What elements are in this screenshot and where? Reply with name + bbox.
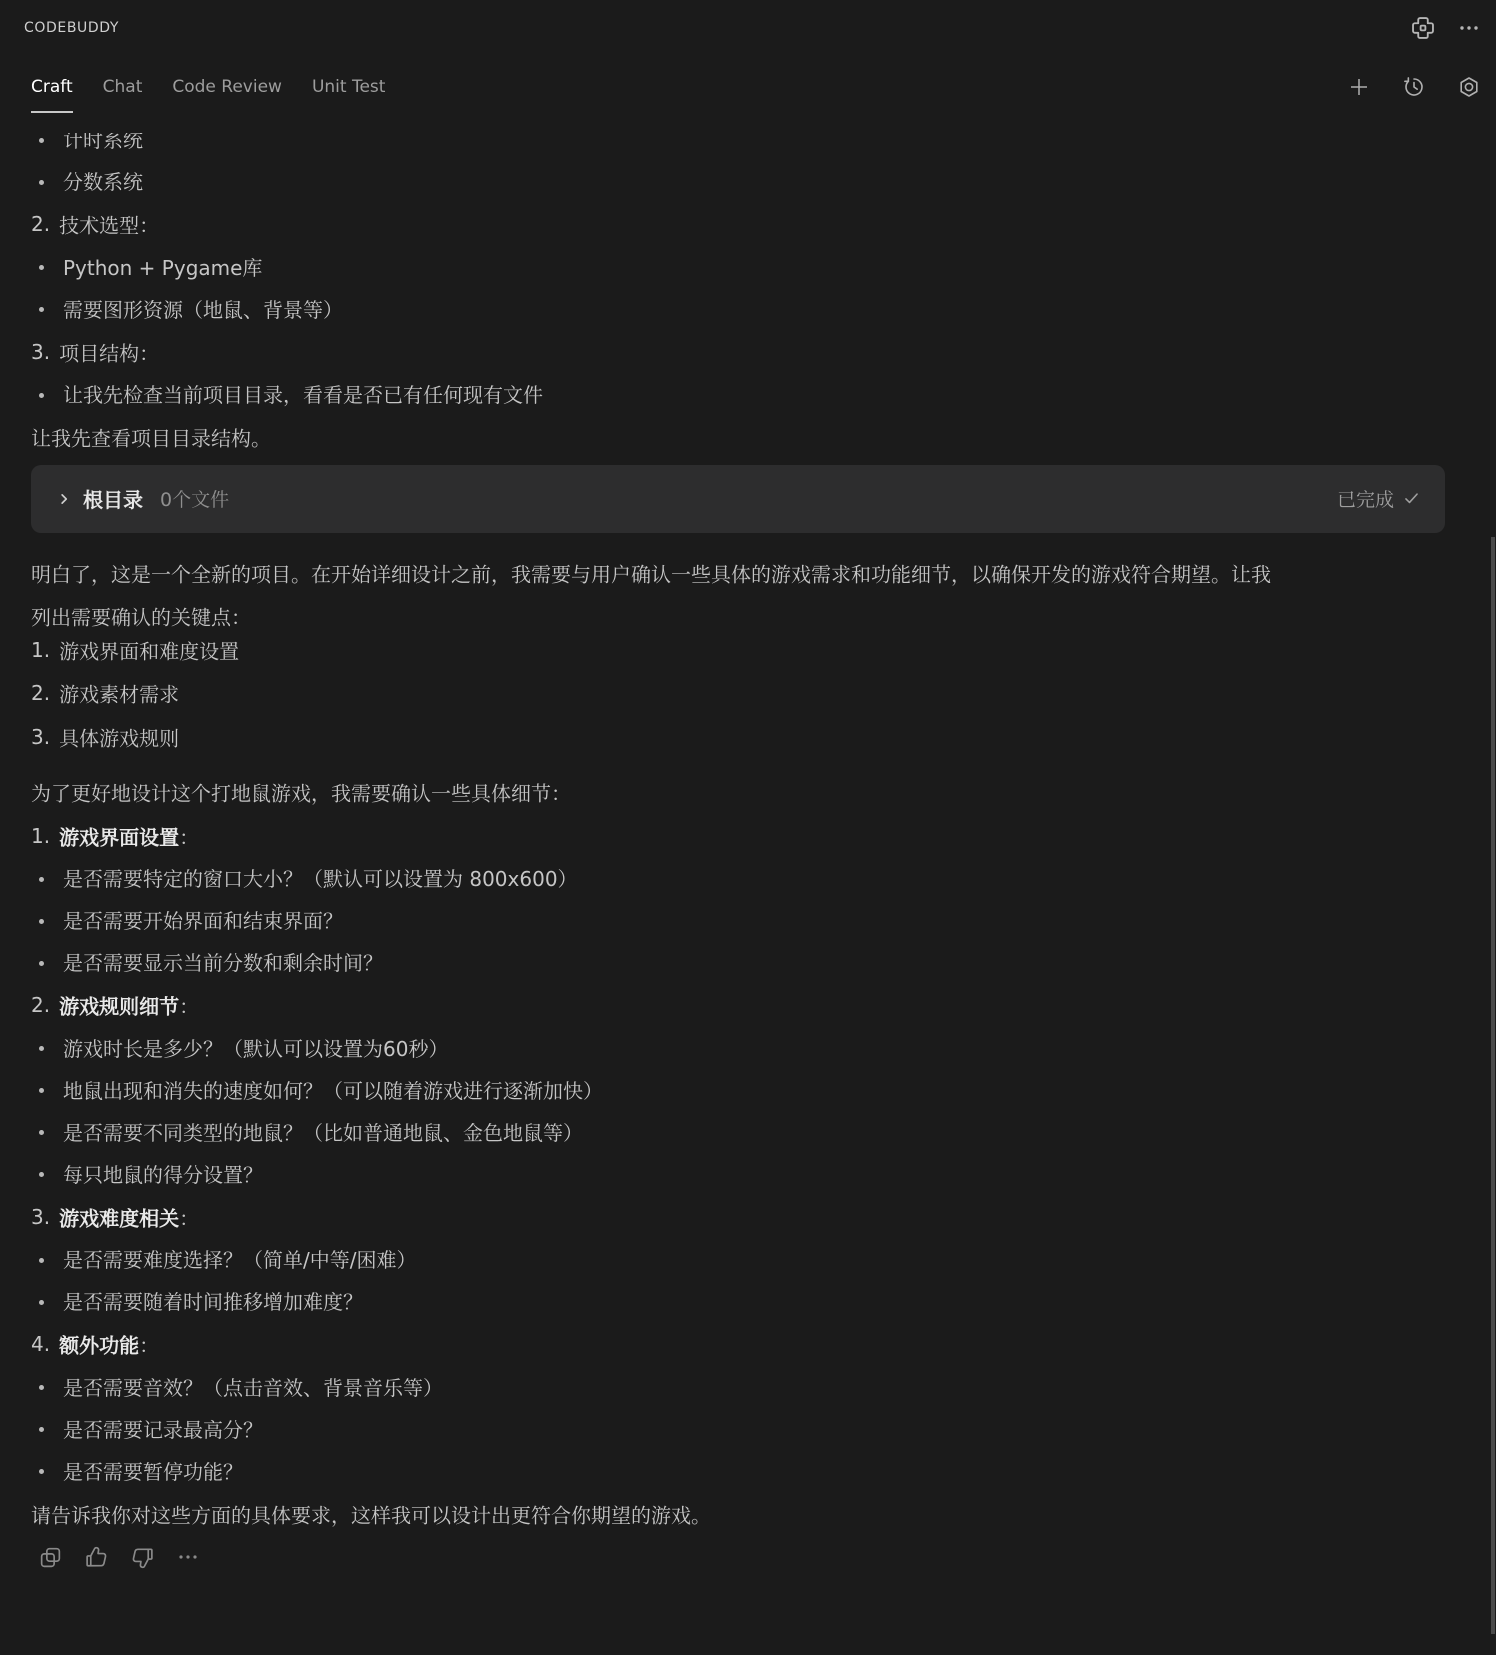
paragraph: 请告诉我你对这些方面的具体要求，这样我可以设计出更符合你期望的游戏。 [31, 1493, 1281, 1537]
list-heading: 额外功能 [59, 1334, 139, 1358]
task-status-label: 已完成 [1337, 485, 1394, 512]
bullet-dot-icon [39, 1088, 44, 1093]
list-number: 2. [31, 681, 50, 705]
list-number: 1. [31, 824, 50, 848]
tab-craft[interactable]: Craft [31, 73, 73, 101]
list-bullet-item: 是否需要记录最高分？ [31, 1409, 1445, 1451]
list-heading: 游戏界面设置 [59, 825, 179, 849]
list-heading: 游戏规则细节 [59, 995, 179, 1019]
list-bullet-item: 是否需要随着时间推移增加难度？ [31, 1281, 1445, 1323]
tab-chat[interactable]: Chat [103, 73, 143, 101]
bullet-dot-icon [39, 307, 44, 312]
panel-header: CODEBUDDY [0, 0, 1496, 56]
list-bullet-item: 是否需要开始界面和结束界面？ [31, 900, 1445, 942]
codebuddy-knot-icon[interactable] [1410, 15, 1436, 41]
list-bullet-item: 是否需要难度选择？（简单/中等/困难） [31, 1239, 1445, 1281]
list-numbered-item: 2.游戏规则细节： [31, 984, 1445, 1028]
list-bullet-item: 计时系统 [31, 133, 1445, 161]
list-number: 3. [31, 1205, 50, 1229]
bullet-dot-icon [39, 1469, 44, 1474]
task-status: 已完成 [1337, 485, 1421, 512]
bullet-dot-icon [39, 1130, 44, 1135]
list-bullet-item: 地鼠出现和消失的速度如何？（可以随着游戏进行逐渐加快） [31, 1070, 1445, 1112]
list-bullet-item: 是否需要音效？（点击音效、背景音乐等） [31, 1367, 1445, 1409]
list-numbered-item: 2.游戏素材需求 [31, 672, 1445, 716]
bullet-dot-icon [39, 180, 44, 185]
app-title: CODEBUDDY [24, 20, 119, 36]
list-numbered-item: 4.额外功能： [31, 1323, 1445, 1367]
paragraph: 为了更好地设计这个打地鼠游戏，我需要确认一些具体细节： [31, 771, 1281, 815]
list-number: 3. [31, 725, 50, 749]
assistant-message: 计时系统分数系统2.技术选型：Python + Pygame库需要图形资源（地鼠… [0, 133, 1490, 1655]
task-status-panel[interactable]: 根目录 0个文件 已完成 [31, 465, 1445, 533]
list-number: 2. [31, 993, 50, 1017]
list-bullet-item: 分数系统 [31, 161, 1445, 203]
thumbs-down-icon[interactable] [129, 1544, 155, 1570]
more-actions-icon[interactable] [1456, 15, 1482, 41]
list-heading: 游戏难度相关 [59, 1206, 179, 1230]
chevron-right-icon[interactable] [55, 490, 73, 508]
list-numbered-item: 3.项目结构： [31, 331, 1445, 375]
bullet-dot-icon [39, 1385, 44, 1390]
task-panel-title: 根目录 [83, 484, 143, 513]
list-number: 2. [31, 212, 50, 236]
list-bullet-item: 游戏时长是多少？（默认可以设置为60秒） [31, 1028, 1445, 1070]
bullet-dot-icon [39, 265, 44, 270]
bullet-dot-icon [39, 961, 44, 966]
list-bullet-item: 是否需要特定的窗口大小？（默认可以设置为 800x600） [31, 858, 1445, 900]
list-bullet-item: 是否需要不同类型的地鼠？（比如普通地鼠、金色地鼠等） [31, 1112, 1445, 1154]
list-bullet-item: 需要图形资源（地鼠、背景等） [31, 289, 1445, 331]
bullet-dot-icon [39, 877, 44, 882]
plus-icon[interactable] [1346, 74, 1372, 100]
settings-gear-icon[interactable] [1456, 74, 1482, 100]
bullet-dot-icon [39, 1300, 44, 1305]
list-number: 3. [31, 340, 50, 364]
bullet-dot-icon [39, 1258, 44, 1263]
list-bullet-item: 让我先检查当前项目目录，看看是否已有任何现有文件 [31, 374, 1445, 416]
bullet-dot-icon [39, 1427, 44, 1432]
bullet-dot-icon [39, 138, 44, 143]
scrollbar-thumb[interactable] [1491, 537, 1495, 1634]
list-numbered-item: 3.游戏难度相关： [31, 1196, 1445, 1240]
list-numbered-item: 3.具体游戏规则 [31, 716, 1445, 760]
list-numbered-item: 1.游戏界面设置： [31, 815, 1445, 859]
thumbs-up-icon[interactable] [83, 1544, 109, 1570]
tab-code-review[interactable]: Code Review [172, 73, 282, 101]
bullet-dot-icon [39, 1172, 44, 1177]
list-number: 4. [31, 1332, 50, 1356]
message-blocks-top: 计时系统分数系统2.技术选型：Python + Pygame库需要图形资源（地鼠… [31, 133, 1445, 460]
history-icon[interactable] [1401, 74, 1427, 100]
list-bullet-item: 是否需要显示当前分数和剩余时间？ [31, 942, 1445, 984]
list-number: 1. [31, 638, 50, 662]
paragraph: 让我先查看项目目录结构。 [31, 416, 1281, 460]
bullet-dot-icon [39, 1046, 44, 1051]
list-bullet-item: Python + Pygame库 [31, 247, 1445, 289]
copy-icon[interactable] [37, 1544, 63, 1570]
ellipsis-icon[interactable] [175, 1544, 201, 1570]
check-icon [1402, 489, 1421, 508]
bullet-dot-icon [39, 919, 44, 924]
task-file-count: 0个文件 [160, 485, 229, 512]
list-bullet-item: 是否需要暂停功能？ [31, 1451, 1445, 1493]
list-numbered-item: 2.技术选型： [31, 203, 1445, 247]
bullet-dot-icon [39, 393, 44, 398]
paragraph: 明白了，这是一个全新的项目。在开始详细设计之前，我需要与用户确认一些具体的游戏需… [31, 552, 1281, 639]
list-bullet-item: 每只地鼠的得分设置？ [31, 1154, 1445, 1196]
message-action-bar [37, 1544, 1445, 1570]
tab-unit-test[interactable]: Unit Test [312, 73, 386, 101]
tab-bar: Craft Chat Code Review Unit Test [0, 56, 1496, 118]
message-blocks-bottom: 明白了，这是一个全新的项目。在开始详细设计之前，我需要与用户确认一些具体的游戏需… [31, 552, 1445, 1537]
